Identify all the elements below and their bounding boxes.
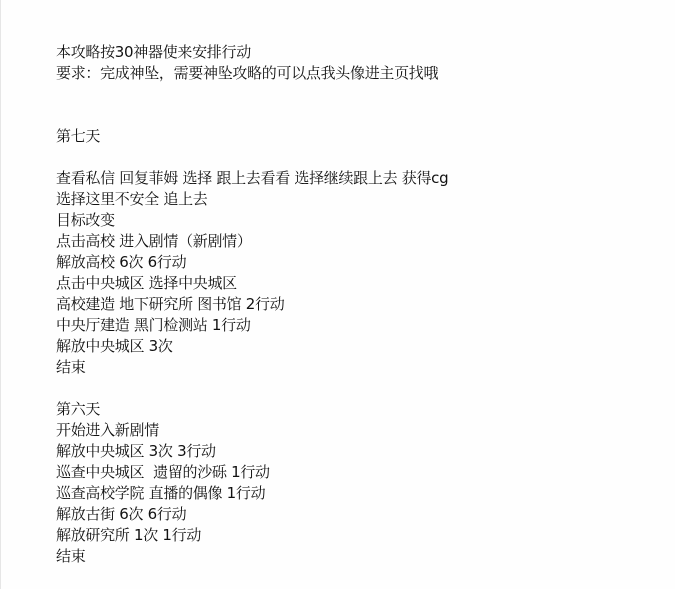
document-page: 本攻略按30神器使来安排行动 要求：完成神坠，需要神坠攻略的可以点我头像进主页找… — [0, 0, 675, 589]
step-line: 点击高校 进入剧情（新剧情） — [56, 231, 448, 252]
section-day-6: 第六天 开始进入新剧情 解放中央城区 3次 3行动 巡查中央城区 遗留的沙砾 1… — [56, 399, 448, 567]
section-title: 第七天 — [56, 126, 448, 147]
step-line: 解放中央城区 3次 3行动 — [56, 441, 448, 462]
section-title: 第六天 — [56, 399, 448, 420]
section-day-7: 第七天 查看私信 回复菲姆 选择 跟上去看看 选择继续跟上去 获得cg 选择这里… — [56, 126, 448, 378]
step-line: 选择这里不安全 追上去 — [56, 189, 448, 210]
spacer — [56, 84, 448, 126]
spacer — [56, 378, 448, 399]
step-line: 高校建造 地下研究所 图书馆 2行动 — [56, 294, 448, 315]
step-line: 巡查中央城区 遗留的沙砾 1行动 — [56, 462, 448, 483]
step-line: 结束 — [56, 546, 448, 567]
step-line: 点击中央城区 选择中央城区 — [56, 273, 448, 294]
step-line: 查看私信 回复菲姆 选择 跟上去看看 选择继续跟上去 获得cg — [56, 168, 448, 189]
step-line: 巡查高校学院 直播的偶像 1行动 — [56, 483, 448, 504]
guide-content: 本攻略按30神器使来安排行动 要求：完成神坠，需要神坠攻略的可以点我头像进主页找… — [56, 42, 448, 567]
requirement-line: 要求：完成神坠，需要神坠攻略的可以点我头像进主页找哦 — [56, 63, 448, 84]
step-line: 解放中央城区 3次 — [56, 336, 448, 357]
step-line: 中央厅建造 黑门检测站 1行动 — [56, 315, 448, 336]
step-line: 解放高校 6次 6行动 — [56, 252, 448, 273]
step-line: 开始进入新剧情 — [56, 420, 448, 441]
spacer — [56, 147, 448, 168]
step-line: 解放研究所 1次 1行动 — [56, 525, 448, 546]
step-line: 结束 — [56, 357, 448, 378]
step-line: 解放古街 6次 6行动 — [56, 504, 448, 525]
intro-line: 本攻略按30神器使来安排行动 — [56, 42, 448, 63]
step-line: 目标改变 — [56, 210, 448, 231]
